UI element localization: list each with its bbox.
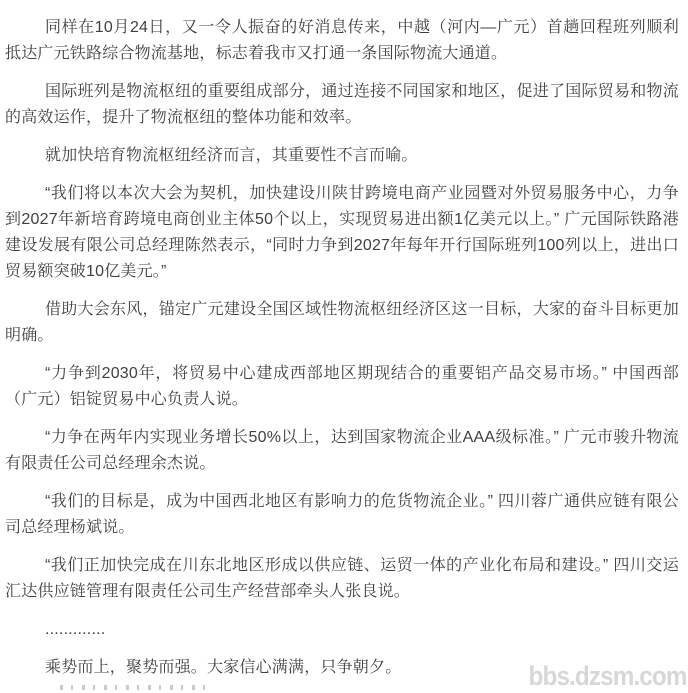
watermark: bbs.dzsm.com [529,661,687,692]
paragraph: 就加快培育物流枢纽经济而言，其重要性不言而喻。 [5,143,679,169]
paragraph: “我们将以本次大会为契机，加快建设川陕甘跨境电商产业园暨对外贸易服务中心，力争到… [5,181,679,285]
paragraph: “力争到2030年，将贸易中心建成西部地区期现结合的重要铝产品交易市场。” 中国… [5,361,679,413]
article-body: 同样在10月24日，又一令人振奋的好消息传来，中越（河内—广元）首趟回程班列顺利… [5,15,679,693]
paragraph: ............. [5,617,679,643]
paragraph: 同样在10月24日，又一令人振奋的好消息传来，中越（河内—广元）首趟回程班列顺利… [5,15,679,67]
paragraph: “力争在两年内实现业务增长50%以上，达到国家物流企业AAA级标准。” 广元市骏… [5,425,679,477]
paragraph: 借助大会东风，锚定广元建设全国区域性物流枢纽经济区这一目标，大家的奋斗目标更加明… [5,297,679,349]
paragraph: “我们的目标是，成为中国西北地区有影响力的危货物流企业。” 四川蓉广通供应链有限… [5,489,679,541]
paragraph: 国际班列是物流枢纽的重要组成部分，通过连接不同国家和地区，促进了国际贸易和物流的… [5,79,679,131]
paragraph: “我们正加快完成在川东北地区形成以供应链、运贸一体的产业化布局和建设。” 四川交… [5,553,679,605]
cutoff-text-fragment [60,685,205,690]
